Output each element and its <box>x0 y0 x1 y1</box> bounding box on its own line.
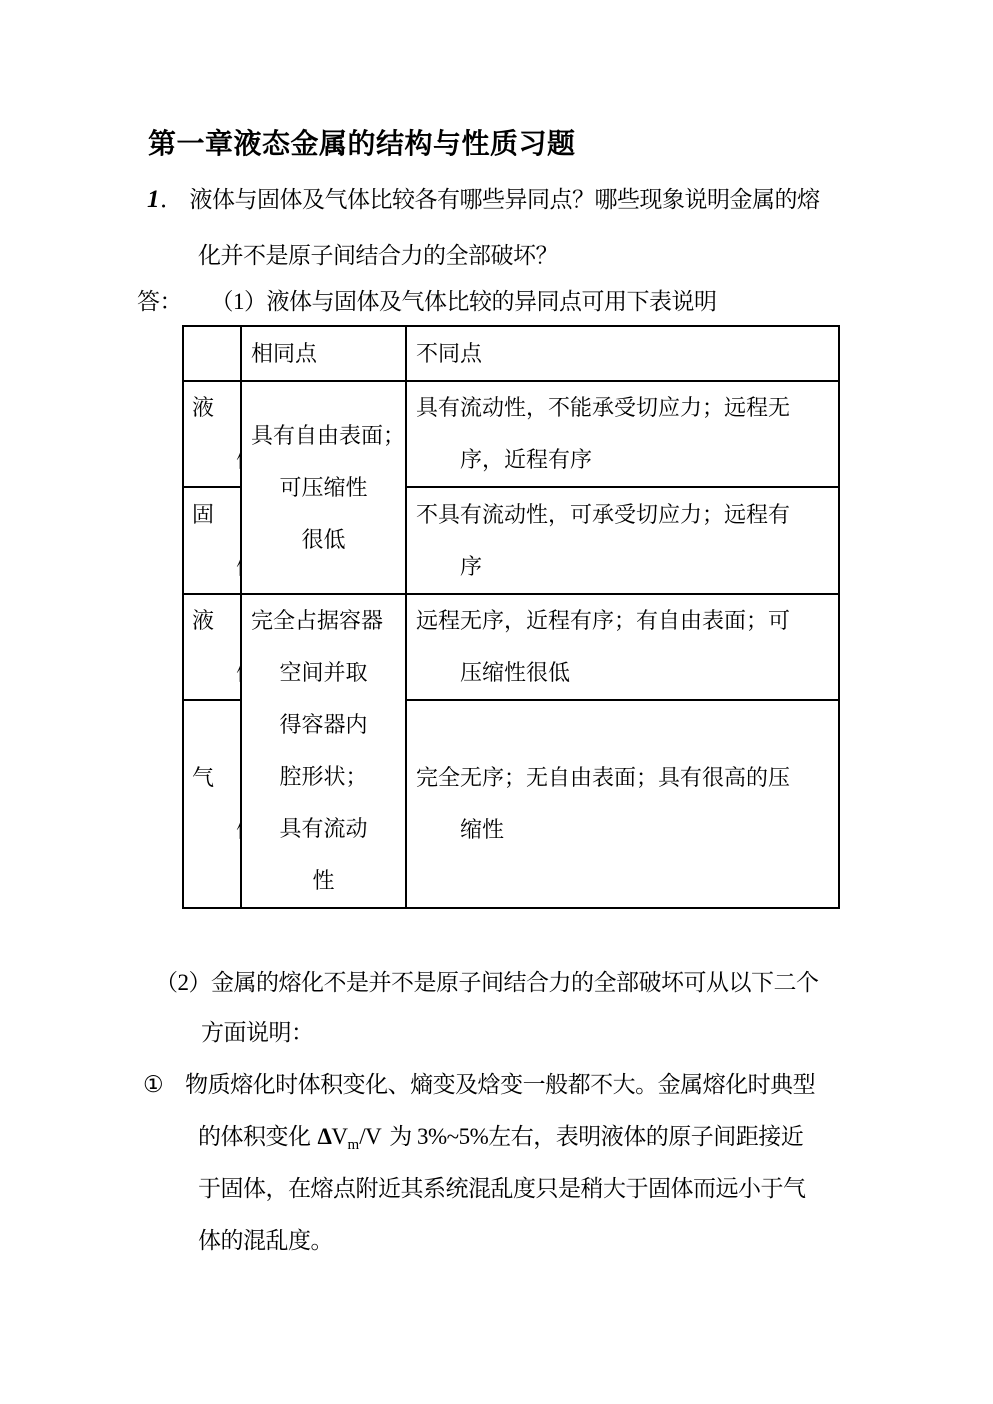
same-text-line: 腔形状； <box>242 751 405 803</box>
header-diff-label: 不同点 <box>407 328 838 380</box>
formula-v: V <box>331 1124 347 1149</box>
diff-text-line: 具有流动性，不能承受切应力；远程无 <box>407 382 838 434</box>
item-1-line-1: ①物质熔化时体积变化、熵变及焓变一般都不大。金属熔化时典型 <box>143 1070 815 1100</box>
same-cell-group-2: 完全占据容器 空间并取 得容器内 腔形状； 具有流动 性 <box>241 594 406 908</box>
formula-delta-symbol: Δ <box>318 1124 332 1149</box>
header-cell-diff: 不同点 <box>406 326 839 381</box>
question-1-line-1: 1．液体与固体及气体比较各有哪些异同点？哪些现象说明金属的熔 <box>147 185 820 215</box>
diff-cell: 具有流动性，不能承受切应力；远程无 序，近程有序 <box>406 381 839 487</box>
item-1-line-2: 的体积变化ΔVm/V为 3%~5%左右，表明液体的原子间距接近 <box>198 1122 803 1160</box>
header-same-label: 相同点 <box>242 328 405 380</box>
same-text-line: 性 <box>242 855 405 907</box>
same-text-line: 很低 <box>242 514 405 566</box>
answer-lead: 答： <box>137 289 182 314</box>
formula-prefix: 的体积变化 <box>198 1124 311 1149</box>
same-text-line: 空间并取 <box>242 647 405 699</box>
same-text-line: 具有流动 <box>242 803 405 855</box>
diff-cell: 不具有流动性，可承受切应力；远程有 序 <box>406 487 839 594</box>
row-label: 气 <box>184 752 240 804</box>
same-text-line: 完全占据容器 <box>242 595 405 647</box>
row-label-cell: 固体 <box>183 487 241 594</box>
diff-text-line: 缩性 <box>407 804 838 856</box>
table-row-liquid-1: 液体 具有自由表面； 可压缩性 很低 具有流动性，不能承受切应力；远程无 序，近… <box>183 381 839 487</box>
question-number: 1 <box>147 186 159 213</box>
question-text: 液体与固体及气体比较各有哪些异同点？哪些现象说明金属的熔 <box>190 187 820 212</box>
page-title: 第一章液态金属的结构与性质习题 <box>148 127 576 163</box>
part-2-line-2: 方面说明： <box>201 1018 314 1048</box>
row-label-cell: 液体 <box>183 381 241 487</box>
row-label-cell: 气体 <box>183 700 241 908</box>
item-1-line-3: 于固体，在熔点附近其系统混乱度只是稍大于固体而远小于气 <box>198 1174 806 1204</box>
row-label-clipped-char: 体 <box>184 541 240 593</box>
row-label-clipped-char: 体 <box>184 647 240 699</box>
diff-text-line: 序 <box>407 541 838 593</box>
comparison-table: 相同点 不同点 液体 具有自由表面； 可压缩性 很低 具有流动性，不能承受切应力… <box>182 325 840 909</box>
part-2-line-1: （2）金属的熔化不是并不是原子间结合力的全部破坏可从以下二个 <box>155 968 819 998</box>
circled-one-marker: ① <box>143 1072 163 1097</box>
same-cell-group-1: 具有自由表面； 可压缩性 很低 <box>241 381 406 594</box>
document-page: 第一章液态金属的结构与性质习题 1．液体与固体及气体比较各有哪些异同点？哪些现象… <box>0 0 993 1404</box>
header-cell-same: 相同点 <box>241 326 406 381</box>
item-1-line-4: 体的混乱度。 <box>198 1226 333 1256</box>
header-cell-empty <box>183 326 241 381</box>
formula-slash-v: /V <box>359 1124 381 1149</box>
item-1-text: 物质熔化时体积变化、熵变及焓变一般都不大。金属熔化时典型 <box>185 1072 815 1097</box>
diff-text-line: 远程无序，近程有序；有自由表面；可 <box>407 595 838 647</box>
formula-suffix: 为 3%~5%左右，表明液体的原子间距接近 <box>389 1124 803 1149</box>
same-text-line: 可压缩性 <box>242 462 405 514</box>
diff-cell: 远程无序，近程有序；有自由表面；可 压缩性很低 <box>406 594 839 700</box>
row-label-clipped-char: 体 <box>184 434 240 486</box>
diff-text-line: 压缩性很低 <box>407 647 838 699</box>
question-number-dot: ． <box>160 187 183 212</box>
diff-cell: 完全无序；无自由表面；具有很高的压 缩性 <box>406 700 839 908</box>
same-text-line: 得容器内 <box>242 699 405 751</box>
row-label: 液 <box>184 382 240 434</box>
diff-text-line: 序，近程有序 <box>407 434 838 486</box>
diff-text-line: 不具有流动性，可承受切应力；远程有 <box>407 489 838 541</box>
table-row-liquid-2: 液体 完全占据容器 空间并取 得容器内 腔形状； 具有流动 性 远程无序，近程有… <box>183 594 839 700</box>
row-label-cell: 液体 <box>183 594 241 700</box>
answer-intro-line: 答：（1）液体与固体及气体比较的异同点可用下表说明 <box>137 287 717 317</box>
table-header-row: 相同点 不同点 <box>183 326 839 381</box>
row-label: 液 <box>184 595 240 647</box>
row-label: 固 <box>184 489 240 541</box>
answer-intro-text: （1）液体与固体及气体比较的异同点可用下表说明 <box>222 289 717 314</box>
row-label-clipped-char: 体 <box>184 804 240 856</box>
question-1-line-2: 化并不是原子间结合力的全部破坏？ <box>198 241 558 271</box>
diff-text-line: 完全无序；无自由表面；具有很高的压 <box>407 752 838 804</box>
same-text-line: 具有自由表面； <box>242 410 405 462</box>
formula-subscript-m: m <box>348 1137 360 1153</box>
